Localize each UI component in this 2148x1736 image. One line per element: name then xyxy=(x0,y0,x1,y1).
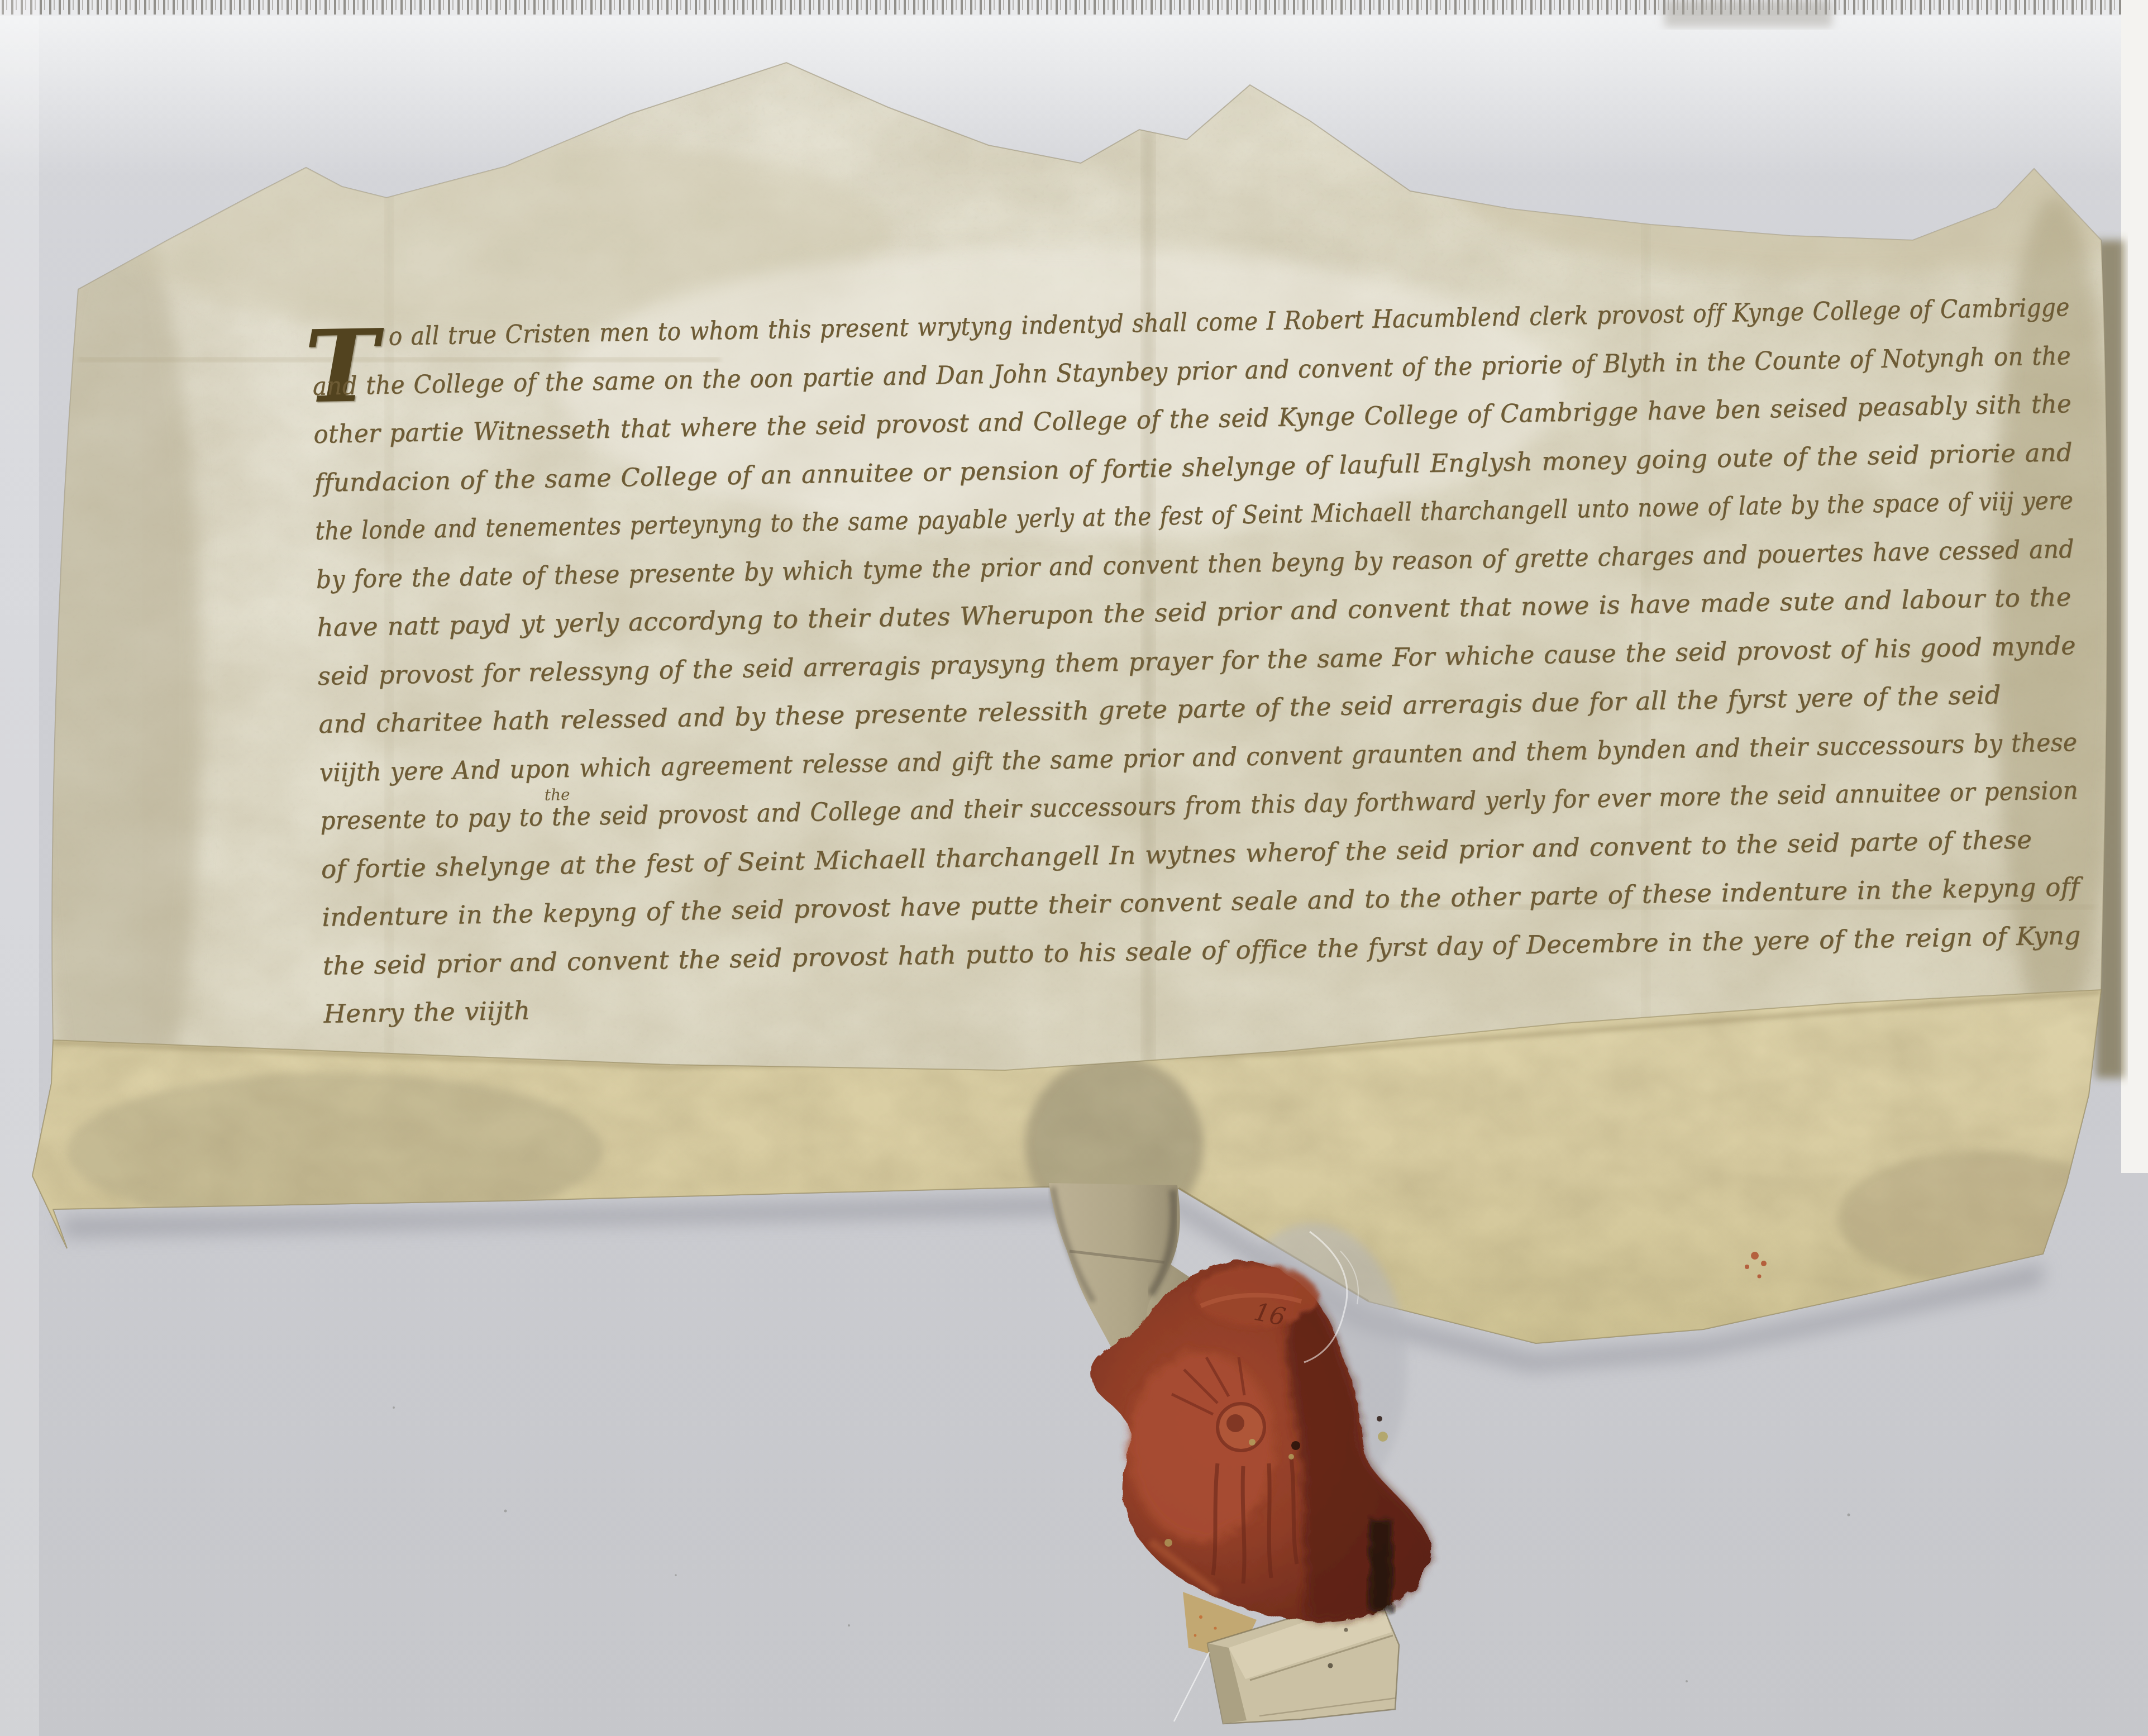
seal-and-fold-art: 16 xyxy=(0,0,2148,1736)
scanned-document-page: T the o all true Cristen men to whom thi… xyxy=(0,0,2148,1736)
wax-crack-shadow xyxy=(1369,1519,1392,1611)
tag-roll-speck xyxy=(1344,1628,1348,1632)
fold-left-smudge xyxy=(67,1072,603,1229)
figure-head xyxy=(1226,1414,1244,1432)
fold-right-smudge xyxy=(1837,1151,2128,1285)
plica-fold xyxy=(0,977,2148,1368)
tag-roll-speck xyxy=(1328,1663,1333,1668)
